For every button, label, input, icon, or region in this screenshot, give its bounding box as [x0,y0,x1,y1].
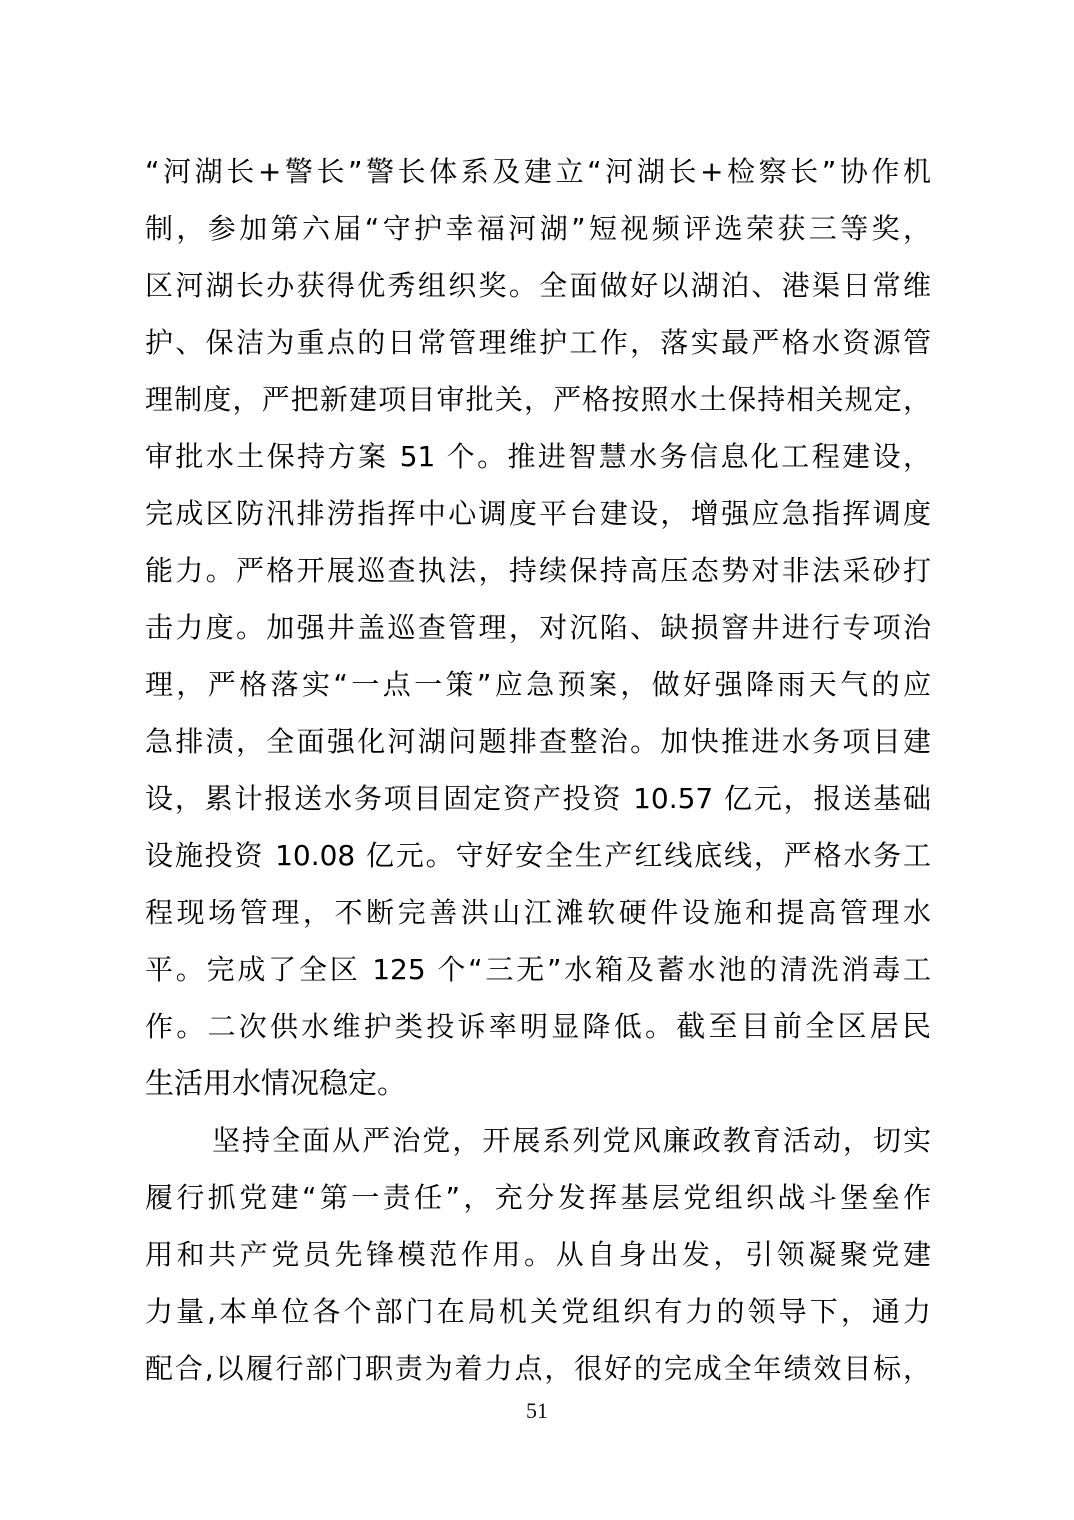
document-body: “河湖长+警长”警长体系及建立“河湖长+检察长”协作机 制，参加第六届“守护幸福… [145,143,931,1397]
body-text-run: 审批水土保持方案 51 个。推进智慧水务信息化工程建设， [145,440,931,473]
text-line-9: 击力度。加强井盖巡查管理，对沉陷、缺损窨井进行专项治 [145,599,931,656]
text-line-1: “河湖长+警长”警长体系及建立“河湖长+检察长”协作机 [145,143,931,200]
text-line-22: 配合,以履行部门职责为着力点，很好的完成全年绩效目标， [145,1340,931,1397]
body-text-run: 程现场管理，不断完善洪山江滩软硬件设施和提高管理水 [145,896,931,929]
alt-font-text-run: 生活用水情况稳定。 [145,1068,406,1100]
body-text-run: 履行抓党建“第一责任”，充分发挥基层党组织战斗堡垒作 [145,1181,931,1214]
page-number: 51 [0,1398,1074,1424]
text-line-2: 制，参加第六届“守护幸福河湖”短视频评选荣获三等奖， [145,200,931,257]
body-text-run: 理，严格落实“一点一策”应急预案，做好强降雨天气的应 [145,668,931,701]
body-text-run: 坚持全面从严治党，开展系列党风廉政教育活动，切实 [212,1124,931,1157]
text-line-8: 能力。严格开展巡查执法，持续保持高压态势对非法采砂打 [145,542,931,599]
text-line-6: 审批水土保持方案 51 个。推进智慧水务信息化工程建设， [145,428,931,485]
text-line-10: 理，严格落实“一点一策”应急预案，做好强降雨天气的应 [145,656,931,713]
text-line-21: 力量,本单位各个部门在局机关党组织有力的领导下，通力 [145,1283,931,1340]
body-text-run: 平。完成了全区 125 个“三无”水箱及蓄水池的清洗消毒工 [145,953,931,986]
body-text-run: 理制度，严把新建项目审批关，严格按照水土保持相关规定， [145,383,931,416]
alt-font-text-run: 截至目前全区居民 [676,1011,931,1043]
body-text-run: “河湖长+警长”警长体系及建立“河湖长+检察长”协作机 [145,155,931,188]
body-text-run: 急排渍，全面强化河湖问题排查整治。加快推进水务项目建 [145,725,931,758]
text-line-16: 作。二次供水维护类投诉率明显降低。截至目前全区居民 [145,998,931,1055]
body-text-run: 设施投资 10.08 亿元。守好安全生产红线底线，严格水务工 [145,839,931,872]
text-line-7: 完成区防汛排涝指挥中心调度平台建设，增强应急指挥调度 [145,485,931,542]
text-line-11: 急排渍，全面强化河湖问题排查整治。加快推进水务项目建 [145,713,931,770]
text-line-13: 设施投资 10.08 亿元。守好安全生产红线底线，严格水务工 [145,827,931,884]
text-line-4: 护、保洁为重点的日常管理维护工作，落实最严格水资源管 [145,314,931,371]
body-text-run: 力量,本单位各个部门在局机关党组织有力的领导下，通力 [145,1295,931,1328]
body-text-run: 完成区防汛排涝指挥中心调度平台建设，增强应急指挥调度 [145,497,931,530]
body-text-run: 配合,以履行部门职责为着力点，很好的完成全年绩效目标， [145,1352,931,1385]
body-text-run: 击力度。加强井盖巡查管理，对沉陷、缺损窨井进行专项治 [145,611,931,644]
text-line-20: 用和共产党员先锋模范作用。从自身出发，引领凝聚党建 [145,1226,931,1283]
text-line-17: 生活用水情况稳定。 [145,1055,931,1112]
text-line-18: 坚持全面从严治党，开展系列党风廉政教育活动，切实 [145,1112,931,1169]
text-line-14: 程现场管理，不断完善洪山江滩软硬件设施和提高管理水 [145,884,931,941]
text-line-5: 理制度，严把新建项目审批关，严格按照水土保持相关规定， [145,371,931,428]
body-text-run: 制，参加第六届“守护幸福河湖”短视频评选荣获三等奖， [145,212,931,245]
body-text-run: 用和共产党员先锋模范作用。从自身出发，引领凝聚党建 [145,1238,931,1271]
body-text-run: 作。二次供水维护类投诉率明显降低。 [145,1010,676,1043]
body-text-run: 设，累计报送水务项目固定资产投资 10.57 亿元，报送基础 [145,782,931,815]
body-text-run: 护、保洁为重点的日常管理维护工作，落实最严格水资源管 [145,326,931,359]
text-line-12: 设，累计报送水务项目固定资产投资 10.57 亿元，报送基础 [145,770,931,827]
body-text-run: 能力。严格开展巡查执法，持续保持高压态势对非法采砂打 [145,554,931,587]
text-line-15: 平。完成了全区 125 个“三无”水箱及蓄水池的清洗消毒工 [145,941,931,998]
document-page: “河湖长+警长”警长体系及建立“河湖长+检察长”协作机 制，参加第六届“守护幸福… [0,0,1074,1520]
text-line-19: 履行抓党建“第一责任”，充分发挥基层党组织战斗堡垒作 [145,1169,931,1226]
body-text-run: 区河湖长办获得优秀组织奖。全面做好以湖泊、港渠日常维 [145,269,931,302]
text-line-3: 区河湖长办获得优秀组织奖。全面做好以湖泊、港渠日常维 [145,257,931,314]
